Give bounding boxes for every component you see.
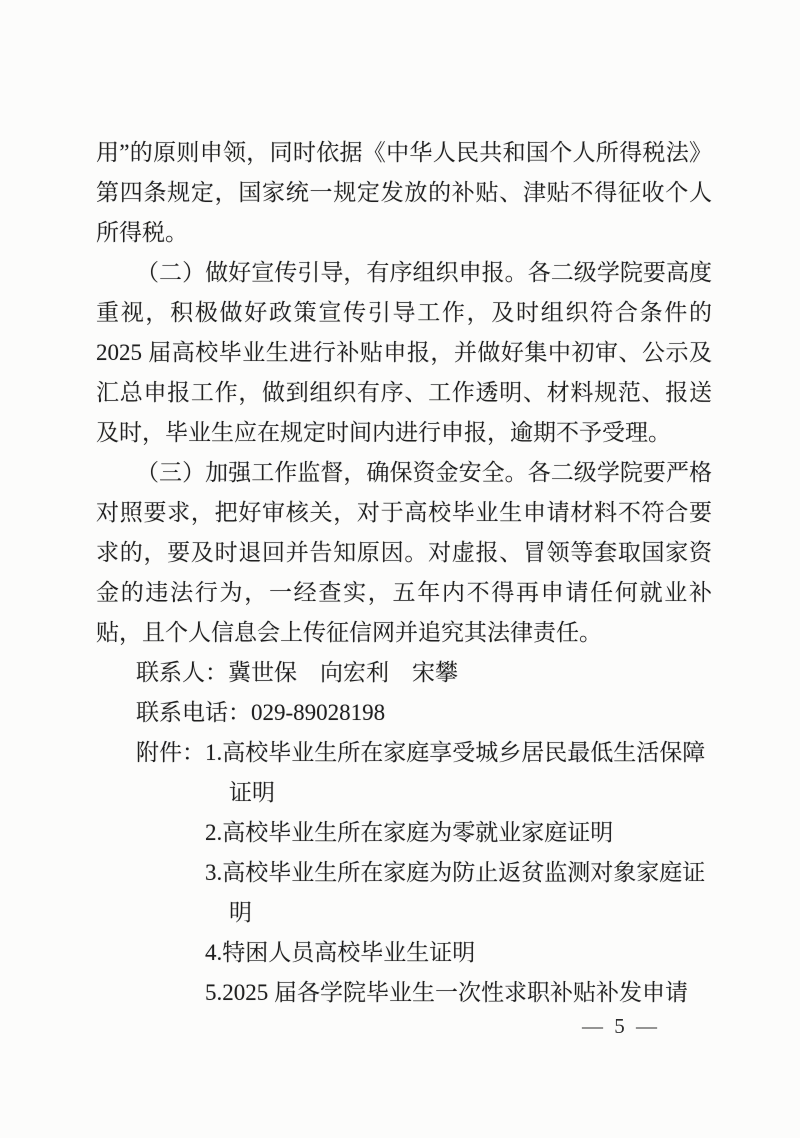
attachments-label: 附件： (136, 733, 205, 773)
body-paragraph-section-2: （二）做好宣传引导，有序组织申报。各二级学院要高度重视，积极做好政策宣传引导工作… (96, 253, 712, 453)
contact-person-names: 冀世保 向宏利 宋攀 (228, 660, 458, 685)
attachment-item-5: 5.2025 届各学院毕业生一次性求职补贴补发申请 (205, 973, 712, 1013)
contact-phone-label: 联系电话： (136, 700, 251, 725)
body-paragraph-section-3: （三）加强工作监督，确保资金安全。各二级学院要严格对照要求，把好审核关，对于高校… (96, 453, 712, 653)
page-number: — 5 — (582, 1012, 660, 1040)
attachments-block: 附件： 1.高校毕业生所在家庭享受城乡居民最低生活保障证明 2.高校毕业生所在家… (136, 733, 712, 1013)
contact-person-label: 联系人： (136, 660, 228, 685)
attachment-item-3: 3.高校毕业生所在家庭为防止返贫监测对象家庭证明 (205, 853, 712, 933)
contact-phone-number: 029-89028198 (251, 700, 385, 725)
attachment-item-1: 1.高校毕业生所在家庭享受城乡居民最低生活保障证明 (205, 733, 712, 813)
attachment-item-2: 2.高校毕业生所在家庭为零就业家庭证明 (205, 813, 712, 853)
attachment-item-4: 4.特困人员高校毕业生证明 (205, 933, 712, 973)
body-paragraph-continuation: 用”的原则申领，同时依据《中华人民共和国个人所得税法》第四条规定，国家统一规定发… (96, 133, 712, 253)
document-body: 用”的原则申领，同时依据《中华人民共和国个人所得税法》第四条规定，国家统一规定发… (96, 133, 712, 1013)
contact-person-line: 联系人：冀世保 向宏利 宋攀 (136, 653, 712, 693)
contact-phone-line: 联系电话：029-89028198 (136, 693, 712, 733)
document-page: 用”的原则申领，同时依据《中华人民共和国个人所得税法》第四条规定，国家统一规定发… (0, 0, 800, 1138)
attachments-list: 1.高校毕业生所在家庭享受城乡居民最低生活保障证明 2.高校毕业生所在家庭为零就… (205, 733, 712, 1013)
